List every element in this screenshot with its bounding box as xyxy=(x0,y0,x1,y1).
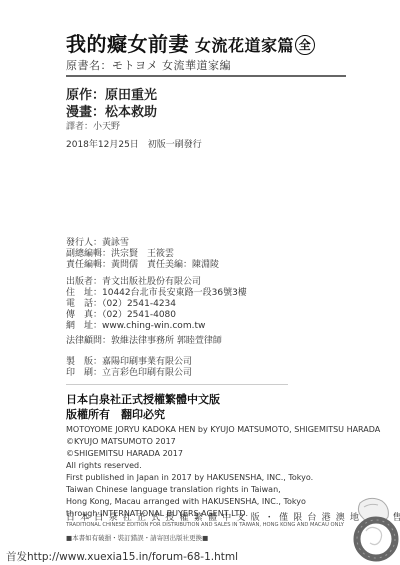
watermark-link[interactable]: 首发http://www.xuexia15.in/forum-68-1.html xyxy=(6,549,238,564)
watermark-prefix: 首发 xyxy=(6,551,27,563)
publisher-phone: 電 話：（02）2541-4234 xyxy=(66,299,247,310)
production-divider xyxy=(66,384,288,385)
legal-advisor: 法律顧問：敦維法律事務所 郭睦萱律師 xyxy=(66,336,222,347)
book-title-main: 我的癡女前妻 xyxy=(66,32,189,56)
publisher-seal-icon xyxy=(340,495,400,563)
english-rights-line: MOTOYOME JORYU KADOKA HEN by KYUJO MATSU… xyxy=(66,424,380,436)
complete-badge: 全 xyxy=(295,35,315,55)
staff-deputy-editors: 副總編輯：洪宗賢 王筱雲 xyxy=(66,249,219,260)
plate-maker: 製 版：嘉陽印刷事業有限公司 xyxy=(66,357,192,368)
artist-credit: 漫畫：松本救助 xyxy=(66,101,157,120)
defect-return-note: ■本書如有破損・裝訂錯誤・請寄回出版社更換■ xyxy=(66,533,208,542)
production-info: 製 版：嘉陽印刷事業有限公司 印 刷：立言彩色印刷有限公司 xyxy=(66,357,192,379)
staff-list: 發行人：黃詠雪 副總編輯：洪宗賢 王筱雲 責任編輯：黃問儒 責任美編：陳淵陵 xyxy=(66,238,219,271)
english-rights-line: Hong Kong, Macau arranged with HAKUSENSH… xyxy=(66,496,380,508)
watermark-url[interactable]: http://www.xuexia15.in/forum-68-1.html xyxy=(27,551,238,563)
publisher-fax: 傳 真：（02）2541-4080 xyxy=(66,310,247,321)
publication-date: 2018年12月25日 初版一刷發行 xyxy=(66,137,202,150)
printer: 印 刷：立言彩色印刷有限公司 xyxy=(66,368,192,379)
publisher-name: 出版者：青文出版社股份有限公司 xyxy=(66,277,247,288)
original-title: 原書名：モトヨメ 女流華道家編 xyxy=(66,57,231,73)
english-rights-line: First published in Japan in 2017 by HAKU… xyxy=(66,472,380,484)
translator-credit: 譯者：小天野 xyxy=(66,119,120,132)
staff-publisher-person: 發行人：黃詠雪 xyxy=(66,238,219,249)
english-rights-line: ©SHIGEMITSU HARADA 2017 xyxy=(66,448,380,460)
staff-responsible-editors: 責任編輯：黃問儒 責任美編：陳淵陵 xyxy=(66,260,219,271)
english-rights-line: ©KYUJO MATSUMOTO 2017 xyxy=(66,436,380,448)
license-notice-1: 日本白泉社正式授權繁體中文版 xyxy=(66,391,220,407)
publisher-address: 住 址：10442台北市長安東路一段36號3樓 xyxy=(66,288,247,299)
distribution-notice-en: TRADITIONAL CHINESE EDITION FOR DISTRIBU… xyxy=(66,522,344,528)
publisher-info: 出版者：青文出版社股份有限公司 住 址：10442台北市長安東路一段36號3樓 … xyxy=(66,277,247,332)
license-notice-2: 版權所有 翻印必究 xyxy=(66,406,165,422)
book-title-subtitle: 女流花道家篇 xyxy=(195,36,294,55)
english-rights: MOTOYOME JORYU KADOKA HEN by KYUJO MATSU… xyxy=(66,424,380,520)
english-rights-line: Taiwan Chinese language translation righ… xyxy=(66,484,380,496)
english-rights-line: All rights reserved. xyxy=(66,460,380,472)
publisher-website[interactable]: 網 址：www.ching-win.com.tw xyxy=(66,321,247,332)
title-divider xyxy=(66,75,346,77)
book-title: 我的癡女前妻女流花道家篇全 xyxy=(66,28,315,57)
